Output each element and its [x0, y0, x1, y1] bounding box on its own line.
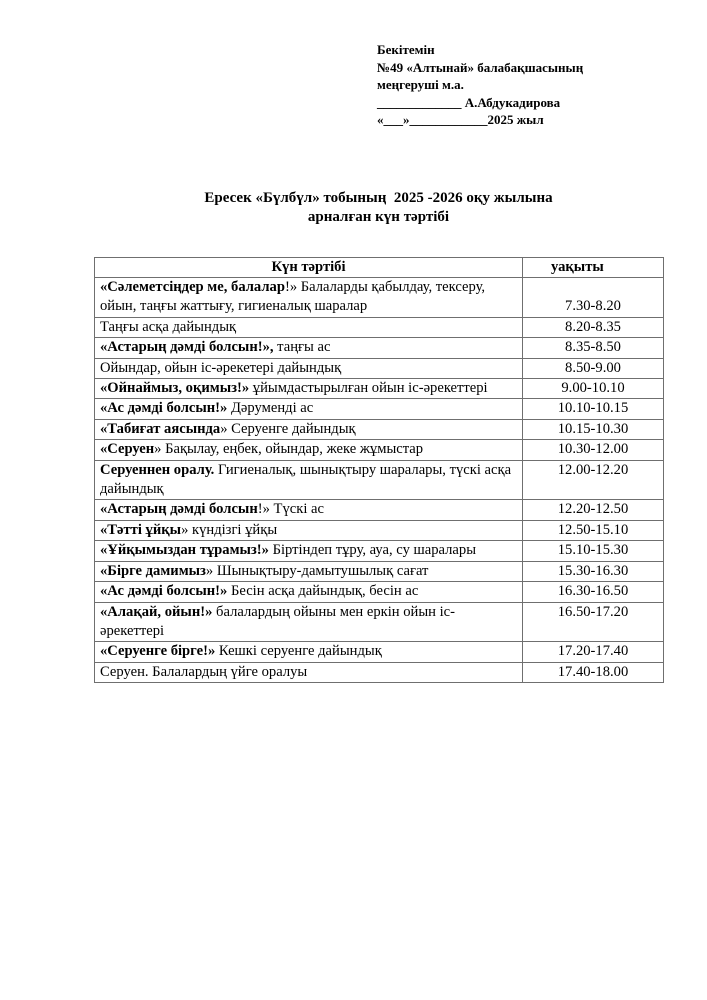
activity-cell: «Астарың дәмді болсын!» Түскі ас	[95, 500, 523, 520]
title-line-1: Ересек «Бүлбүл» тобының 2025 -2026 оқу ж…	[94, 189, 663, 208]
time-cell: 16.50-17.20	[523, 602, 664, 642]
time-cell: 8.50-9.00	[523, 358, 664, 378]
time-cell: 8.35-8.50	[523, 338, 664, 358]
activity-title: «Алақай, ойын!»	[100, 604, 212, 620]
time-cell: 12.20-12.50	[523, 500, 664, 520]
activity-description: Біртіндеп тұру, ауа, су шаралары	[269, 542, 476, 558]
time-column-header: уақыты	[523, 258, 664, 278]
approval-line: Бекітемін	[377, 41, 583, 59]
activity-title: «Бірге дамимыз	[100, 563, 206, 579]
activity-description: Бесін асқа дайындық, бесін ас	[227, 583, 418, 599]
activity-cell: Серуен. Балалардың үйге оралуы	[95, 662, 523, 682]
activity-description: Дәрумендi ас	[227, 400, 313, 416]
activity-title: «Сәлеметсіңдер ме, балалар	[100, 279, 285, 295]
table-row: «Ас дәмді болсын!» Дәрумендi ас10.10-10.…	[95, 399, 664, 419]
activity-cell: «Бірге дамимыз» Шынықтыру-дамытушылық са…	[95, 561, 523, 581]
activity-cell: «Ұйқымыздан тұрамыз!» Біртіндеп тұру, ау…	[95, 541, 523, 561]
table-row: «Ұйқымыздан тұрамыз!» Біртіндеп тұру, ау…	[95, 541, 664, 561]
table-row: «Серуенге бірге!» Кешкі серуенге дайынды…	[95, 642, 664, 662]
activity-title: «Ас дәмді болсын!»	[100, 583, 227, 599]
schedule-table: Күн тәртібі уақыты «Сәлеметсіңдер ме, ба…	[94, 257, 664, 683]
activity-description: таңғы ас	[274, 339, 331, 355]
table-row: «Серуен» Бақылау, еңбек, ойындар, жеке ж…	[95, 440, 664, 460]
activity-description: Ойындар, ойын іс-әрекетері дайындық	[100, 360, 341, 376]
activity-description: » күндізгі ұйқы	[181, 522, 277, 538]
table-row: «Астарың дәмді болсын!», таңғы ас8.35-8.…	[95, 338, 664, 358]
time-cell: 7.30-8.20	[523, 278, 664, 318]
time-cell: 10.30-12.00	[523, 440, 664, 460]
activity-cell: Серуеннен оралу. Гигиеналық, шынықтыру ш…	[95, 460, 523, 500]
activity-title: «Серуенге бірге!»	[100, 643, 215, 659]
schedule-body: «Сәлеметсіңдер ме, балалар!» Балаларды қ…	[95, 278, 664, 683]
time-cell: 16.30-16.50	[523, 582, 664, 602]
table-row: «Ас дәмді болсын!» Бесін асқа дайындық, …	[95, 582, 664, 602]
activity-cell: «Ойнаймыз, оқимыз!» ұйымдастырылған ойын…	[95, 379, 523, 399]
table-row: «Табиғат аясында» Серуенге дайындық10.15…	[95, 419, 664, 439]
time-cell: 12.50-15.10	[523, 520, 664, 540]
activity-title: Серуеннен оралу.	[100, 462, 214, 478]
activity-title: «Тәтті ұйқы	[100, 522, 181, 538]
activity-description: Кешкі серуенге дайындық	[215, 643, 382, 659]
activity-description: Таңғы асқа дайындық	[100, 319, 236, 335]
activity-cell: «Тәтті ұйқы» күндізгі ұйқы	[95, 520, 523, 540]
time-cell: 17.40-18.00	[523, 662, 664, 682]
table-row: «Бірге дамимыз» Шынықтыру-дамытушылық са…	[95, 561, 664, 581]
activity-title: «Серуен	[100, 441, 154, 457]
activity-title: «Астарың дәмді болсын	[100, 501, 258, 517]
time-cell: 10.15-10.30	[523, 419, 664, 439]
activity-cell: «Серуен» Бақылау, еңбек, ойындар, жеке ж…	[95, 440, 523, 460]
time-cell: 10.10-10.15	[523, 399, 664, 419]
approval-signature-line: _____________ А.Абдукадирова	[377, 94, 583, 112]
activity-title: «Ас дәмді болсын!»	[100, 400, 227, 416]
activity-cell: Ойындар, ойын іс-әрекетері дайындық	[95, 358, 523, 378]
activity-title: «Ойнаймыз, оқимыз!»	[100, 380, 249, 396]
approval-line: меңгеруші м.а.	[377, 76, 583, 94]
table-row: Ойындар, ойын іс-әрекетері дайындық8.50-…	[95, 358, 664, 378]
activity-description: Серуен. Балалардың үйге оралуы	[100, 664, 307, 680]
activity-title: «Табиғат аясында	[100, 421, 220, 437]
approval-block: Бекітемін №49 «Алтынай» балабақшасының м…	[377, 41, 583, 129]
activity-cell: «Алақай, ойын!» балалардың ойыны мен ерк…	[95, 602, 523, 642]
activity-title: «Астарың дәмді болсын!»,	[100, 339, 274, 355]
table-row: Серуен. Балалардың үйге оралуы17.40-18.0…	[95, 662, 664, 682]
activity-description: !» Түскі ас	[258, 501, 324, 517]
activity-cell: Таңғы асқа дайындық	[95, 317, 523, 337]
time-cell: 9.00-10.10	[523, 379, 664, 399]
activity-title: «Ұйқымыздан тұрамыз!»	[100, 542, 269, 558]
activity-cell: «Сәлеметсіңдер ме, балалар!» Балаларды қ…	[95, 278, 523, 318]
table-row: «Алақай, ойын!» балалардың ойыны мен ерк…	[95, 602, 664, 642]
activity-description: » Шынықтыру-дамытушылық сағат	[206, 563, 429, 579]
time-cell: 12.00-12.20	[523, 460, 664, 500]
time-cell: 8.20-8.35	[523, 317, 664, 337]
activity-cell: «Серуенге бірге!» Кешкі серуенге дайынды…	[95, 642, 523, 662]
activity-cell: «Ас дәмді болсын!» Дәрумендi ас	[95, 399, 523, 419]
approval-line: №49 «Алтынай» балабақшасының	[377, 59, 583, 77]
time-cell: 17.20-17.40	[523, 642, 664, 662]
table-row: «Астарың дәмді болсын!» Түскі ас12.20-12…	[95, 500, 664, 520]
time-cell: 15.10-15.30	[523, 541, 664, 561]
time-cell: 15.30-16.30	[523, 561, 664, 581]
table-row: «Сәлеметсіңдер ме, балалар!» Балаларды қ…	[95, 278, 664, 318]
activity-cell: «Астарың дәмді болсын!», таңғы ас	[95, 338, 523, 358]
table-row: «Тәтті ұйқы» күндізгі ұйқы12.50-15.10	[95, 520, 664, 540]
activity-cell: «Ас дәмді болсын!» Бесін асқа дайындық, …	[95, 582, 523, 602]
activity-cell: «Табиғат аясында» Серуенге дайындық	[95, 419, 523, 439]
activity-description: » Серуенге дайындық	[220, 421, 355, 437]
activity-column-header: Күн тәртібі	[95, 258, 523, 278]
table-row: Таңғы асқа дайындық8.20-8.35	[95, 317, 664, 337]
document-title: Ересек «Бүлбүл» тобының 2025 -2026 оқу ж…	[94, 189, 663, 227]
activity-description: » Бақылау, еңбек, ойындар, жеке жұмыстар	[154, 441, 423, 457]
title-line-2: арналған күн тәртібі	[94, 208, 663, 227]
activity-description: ұйымдастырылған ойын іс-әрекеттері	[249, 380, 487, 396]
table-header-row: Күн тәртібі уақыты	[95, 258, 664, 278]
table-row: Серуеннен оралу. Гигиеналық, шынықтыру ш…	[95, 460, 664, 500]
approval-date-line: «___»____________2025 жыл	[377, 111, 583, 129]
table-row: «Ойнаймыз, оқимыз!» ұйымдастырылған ойын…	[95, 379, 664, 399]
